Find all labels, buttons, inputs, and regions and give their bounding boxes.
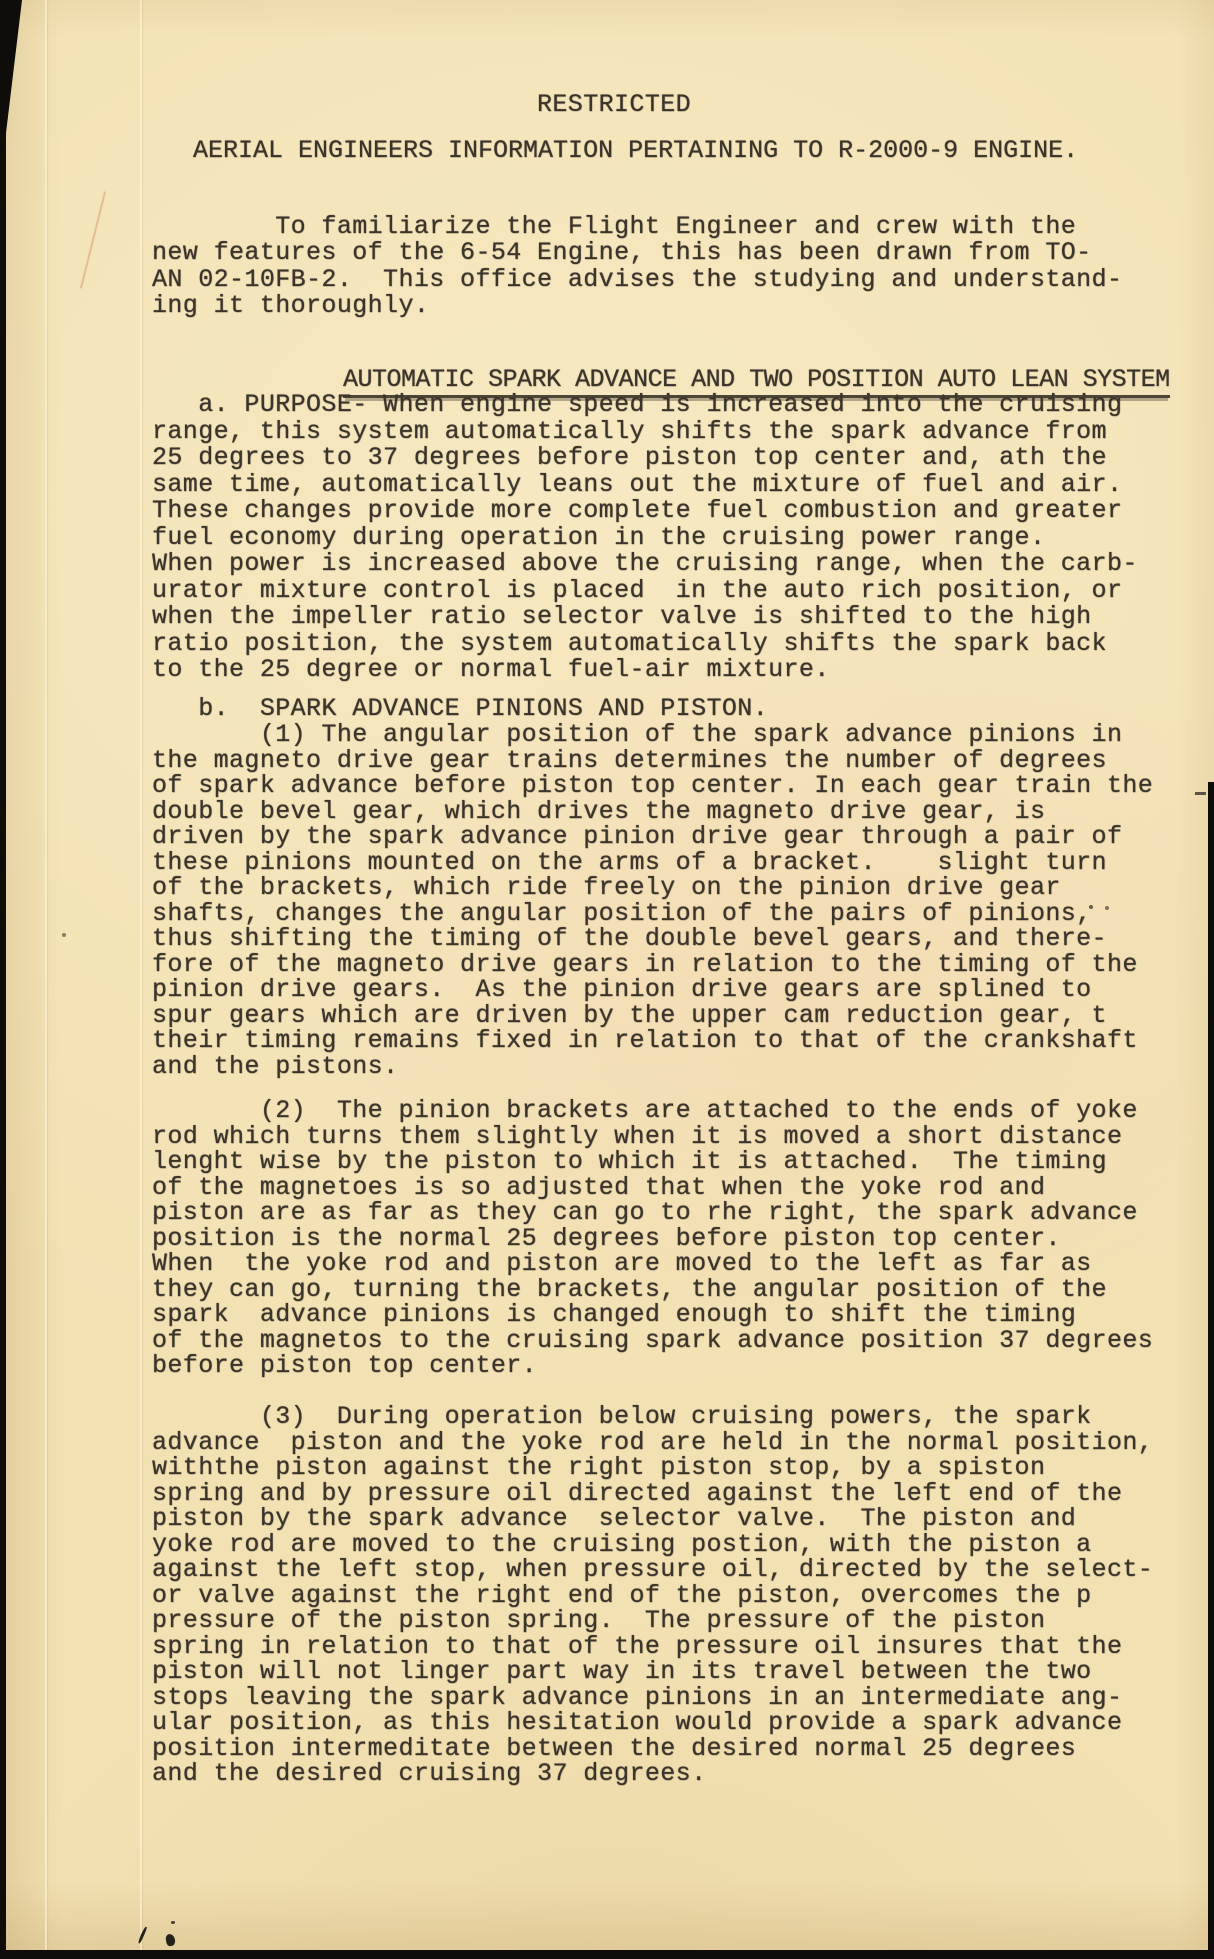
scanned-document-page: RESTRICTED AERIAL ENGINEERS INFORMATION …: [0, 0, 1214, 1959]
ink-speck: [1105, 906, 1109, 910]
paragraph-b-heading: b. SPARK ADVANCE PINIONS AND PISTON.: [152, 696, 768, 722]
scanner-edge-bottom: [0, 1950, 1214, 1959]
document-title: AERIAL ENGINEERS INFORMATION PERTAINING …: [193, 138, 1078, 165]
paragraph-b1: (1) The angular position of the spark ad…: [152, 722, 1153, 1079]
pencil-mark-blob: [165, 1933, 176, 1946]
pencil-mark-tick: [171, 1921, 175, 1924]
ink-speck: [62, 933, 66, 937]
paper-crease-left: [45, 0, 47, 1959]
scanner-edge-left: [0, 0, 6, 1959]
paper-scratch: [80, 191, 106, 289]
intro-paragraph: To familiarize the Flight Engineer and c…: [152, 214, 1122, 320]
paragraph-a-purpose: a. PURPOSE- When engine speed is increas…: [152, 392, 1138, 684]
classification-banner: RESTRICTED: [537, 92, 691, 119]
ink-speck: [1089, 905, 1093, 909]
scanner-edge-right: [1208, 782, 1214, 1959]
paragraph-b2: (2) The pinion brackets are attached to …: [152, 1098, 1153, 1379]
paper-crease-margin: [140, 0, 142, 1959]
ink-dash-mark: [1195, 792, 1206, 795]
paragraph-b3: (3) During operation below cruising powe…: [152, 1404, 1153, 1787]
pencil-mark-stroke: [137, 1926, 147, 1944]
